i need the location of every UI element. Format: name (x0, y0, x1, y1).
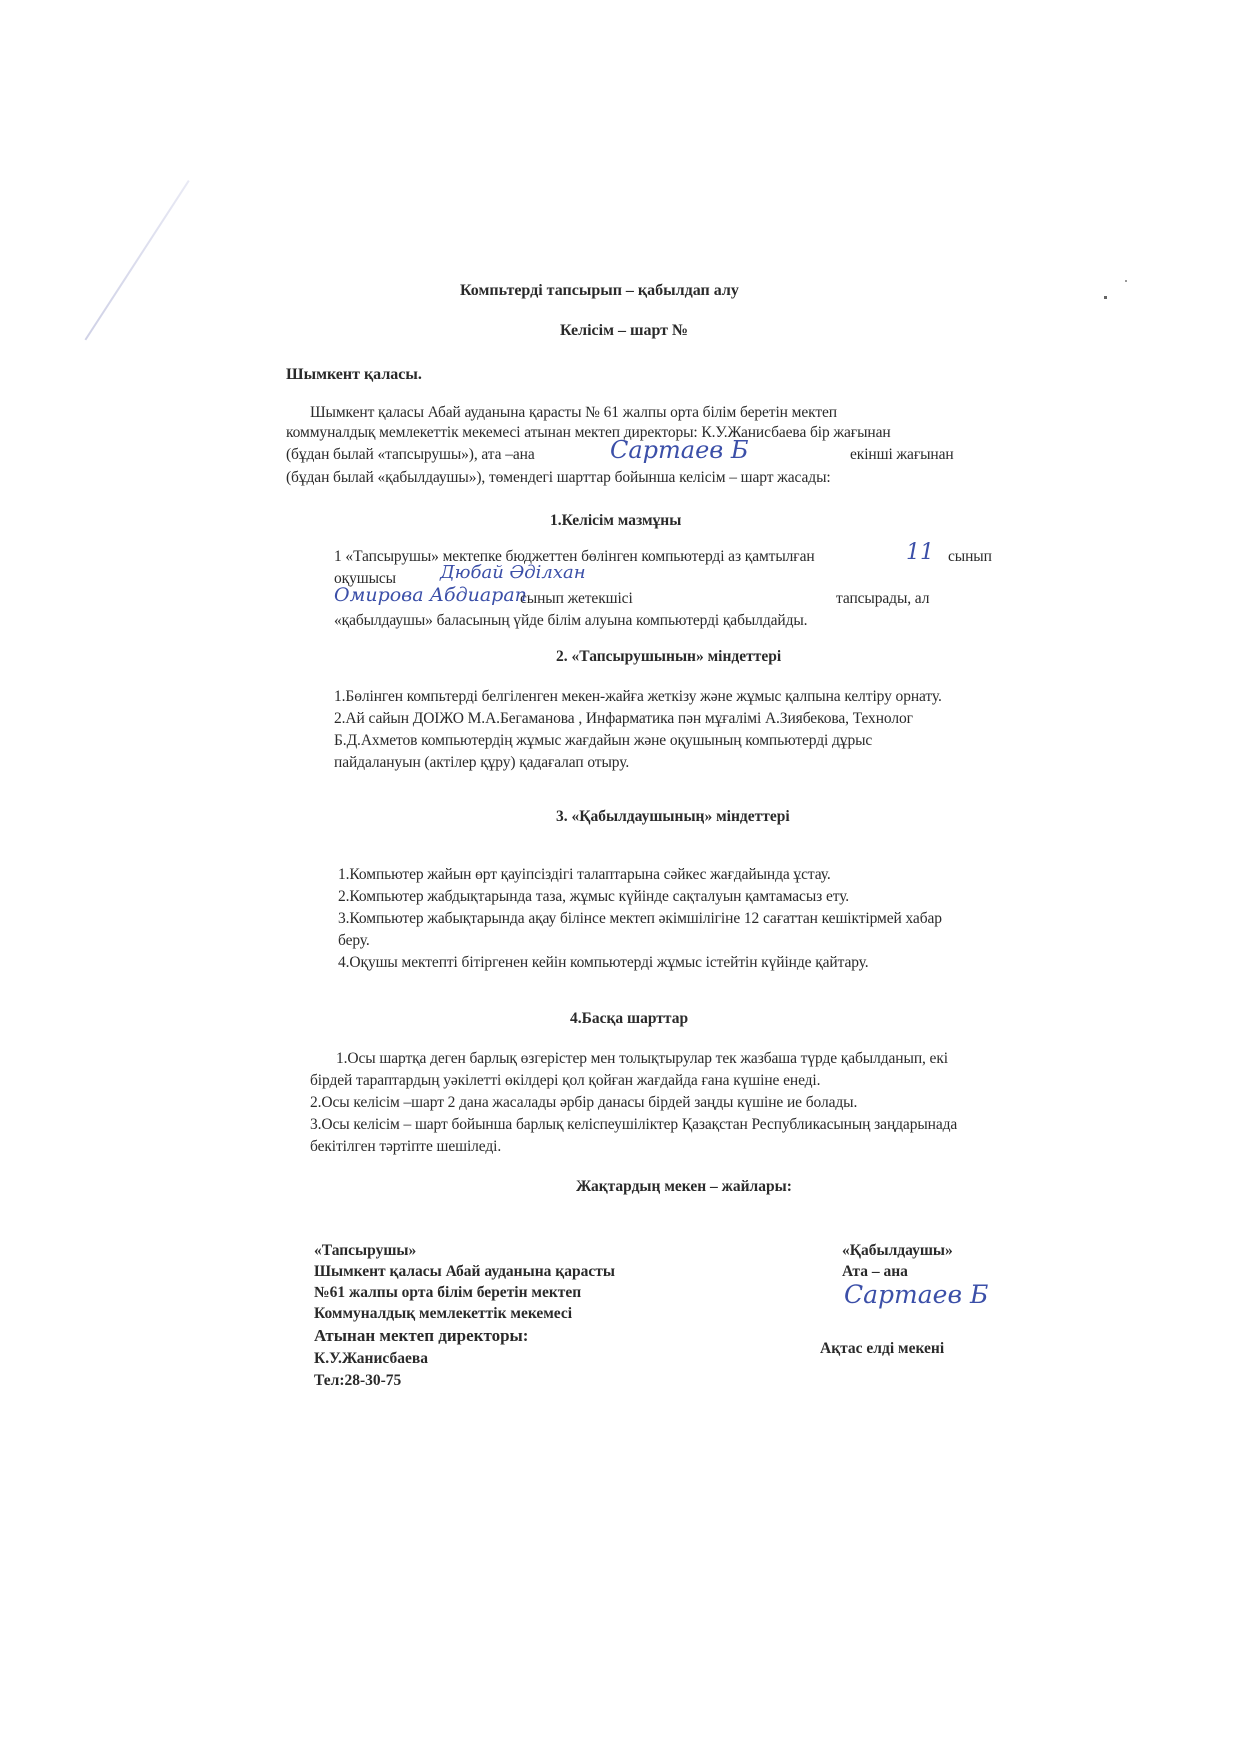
handwritten-student-name: Дюбай Әділхан (440, 562, 586, 583)
kabyldaushy-place: Ақтас елді мекені (820, 1340, 944, 1358)
section-2-item: 2.Ай сайын ДОІЖО М.А.Бегаманова , Инфарм… (334, 710, 913, 728)
intro-line: екінші жағынан (850, 446, 954, 464)
kabyldaushy-role: «Қабылдаушы» (842, 1242, 953, 1260)
section-1-text: сынып жетекшісі (520, 590, 633, 608)
tapsyrushy-address: Коммуналдық мемлекеттік мекемесі (314, 1305, 572, 1323)
tapsyrushy-phone: Тел:28-30-75 (314, 1372, 401, 1390)
handwritten-teacher-name: Омирова Абдиарап (334, 584, 527, 606)
section-2-heading: 2. «Тапсырушынын» міндеттері (556, 648, 781, 666)
section-2-item: 1.Бөлінген компьтерді белгіленген мекен-… (334, 688, 942, 706)
section-3-item: 1.Компьютер жайын өрт қауіпсіздігі талап… (338, 866, 831, 884)
section-1-text: сынып (948, 548, 992, 566)
intro-line: (бұдан былай «қабылдаушы»), төмендегі ша… (286, 469, 831, 487)
section-4-item: бірдей тараптардың уәкілетті өкілдері қо… (310, 1072, 820, 1090)
section-3-item: беру. (338, 932, 370, 950)
section-3-item: 4.Оқушы мектепті бітіргенен кейін компью… (338, 954, 869, 972)
handwritten-grade: 11 (906, 540, 934, 565)
section-4-item: 1.Осы шартқа деген барлық өзгерістер мен… (336, 1050, 948, 1068)
city-label: Шымкент қаласы. (286, 366, 422, 384)
addresses-heading: Жақтардың мекен – жайлары: (576, 1178, 792, 1196)
section-1-text: тапсырады, ал (836, 590, 929, 608)
section-4-item: 2.Осы келісім –шарт 2 дана жасалады әрбі… (310, 1094, 857, 1112)
section-3-item: 3.Компьютер жабықтарында ақау білінсе ме… (338, 910, 942, 928)
tapsyrushy-director-label: Атынан мектеп директоры: (314, 1326, 528, 1346)
document-subtitle: Келісім – шарт № (560, 322, 688, 340)
intro-line: (бұдан былай «тапсырушы»), ата –ана (286, 446, 535, 464)
scan-speck (1125, 280, 1127, 282)
section-1-heading: 1.Келісім мазмұны (550, 512, 681, 530)
handwritten-parent-name: Сартаев Б (610, 436, 749, 464)
section-4-item: бекітілген тәртіпте шешіледі. (310, 1138, 501, 1156)
section-2-item: Б.Д.Ахметов компьютердің жұмыс жағдайын … (334, 732, 872, 750)
section-2-item: пайдалануын (актілер құру) қадағалап оты… (334, 754, 629, 772)
section-1-text: «қабылдаушы» баласының үйде білім алуына… (334, 612, 807, 630)
section-3-item: 2.Компьютер жабдықтарында таза, жұмыс кү… (338, 888, 849, 906)
parent-signature: Сартаев Б (844, 1280, 988, 1309)
section-4-heading: 4.Басқа шарттар (570, 1010, 688, 1028)
tapsyrushy-role: «Тапсырушы» (314, 1242, 416, 1260)
scan-speck (1104, 296, 1107, 299)
tapsyrushy-director-name: К.У.Жанисбаева (314, 1350, 428, 1368)
kabyldaushy-parent-label: Ата – ана (842, 1263, 908, 1281)
tapsyrushy-address: Шымкент қаласы Абай ауданына қарасты (314, 1263, 615, 1281)
section-3-heading: 3. «Қабылдаушының» міндеттері (556, 808, 790, 826)
intro-line: коммуналдық мемлекеттік мекемесі атынан … (286, 424, 891, 442)
pen-mark (85, 180, 190, 340)
intro-line: Шымкент қаласы Абай ауданына қарасты № 6… (310, 404, 837, 422)
section-4-item: 3.Осы келісім – шарт бойынша барлық келі… (310, 1116, 957, 1134)
document-title: Компьтерді тапсырып – қабылдап алу (460, 282, 739, 300)
tapsyrushy-address: №61 жалпы орта білім беретін мектеп (314, 1284, 581, 1302)
